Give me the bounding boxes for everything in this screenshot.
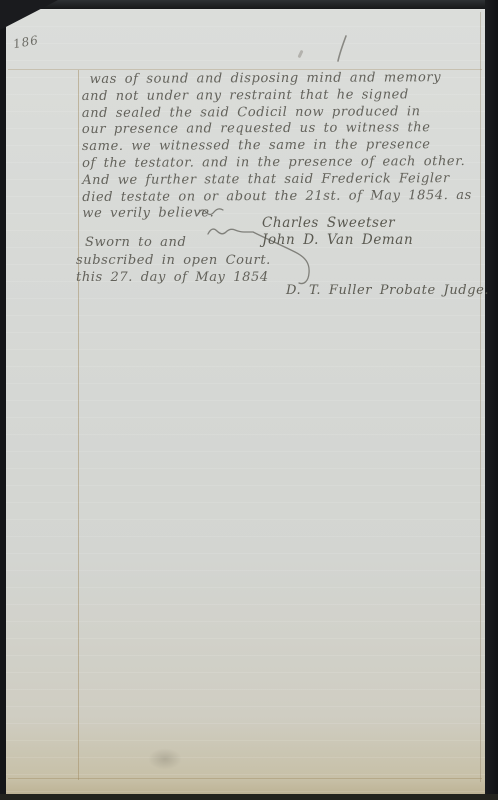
jurat-line: Sworn to and: [85, 234, 271, 252]
page-edge-line-right: [480, 12, 481, 782]
scan-border-bottom: [0, 794, 498, 800]
witness-signatures: Charles Sweetser John D. Van Deman: [262, 215, 413, 249]
signature-john-d-van-deman: John D. Van Deman: [262, 232, 413, 249]
scan-border-top: [0, 0, 498, 9]
attestation-line: and not under any restraint that he sign…: [82, 87, 472, 106]
judge-signature: D. T. Fuller Probate Judge.: [286, 283, 489, 298]
scanned-document: 186 was of sound and disposing mind and …: [0, 0, 498, 800]
attestation-line: of the testator. and in the presence of …: [82, 154, 472, 173]
smudge-mark: [148, 748, 182, 770]
jurat-block: Sworn to and subscribed in open Court. t…: [76, 234, 271, 287]
scan-border-left: [0, 0, 6, 800]
jurat-line: this 27. day of May 1854: [76, 269, 271, 287]
attestation-line: was of sound and disposing mind and memo…: [90, 70, 472, 89]
jurat-line: subscribed in open Court.: [76, 252, 271, 270]
signature-charles-sweetser: Charles Sweetser: [262, 215, 413, 232]
attestation-line: died testate on or about the 21st. of Ma…: [82, 188, 472, 207]
page-edge-line-bottom: [8, 778, 482, 779]
margin-rule-vertical: [78, 70, 79, 780]
attestation-line: same. we witnessed the same in the prese…: [82, 137, 472, 156]
attestation-paragraph: was of sound and disposing mind and memo…: [82, 70, 472, 223]
attestation-line: our presence and requested us to witness…: [82, 120, 472, 139]
scan-border-right: [485, 0, 498, 800]
attestation-line: And we further state that said Frederick…: [82, 171, 472, 190]
attestation-line: and sealed the said Codicil now produced…: [82, 104, 472, 123]
